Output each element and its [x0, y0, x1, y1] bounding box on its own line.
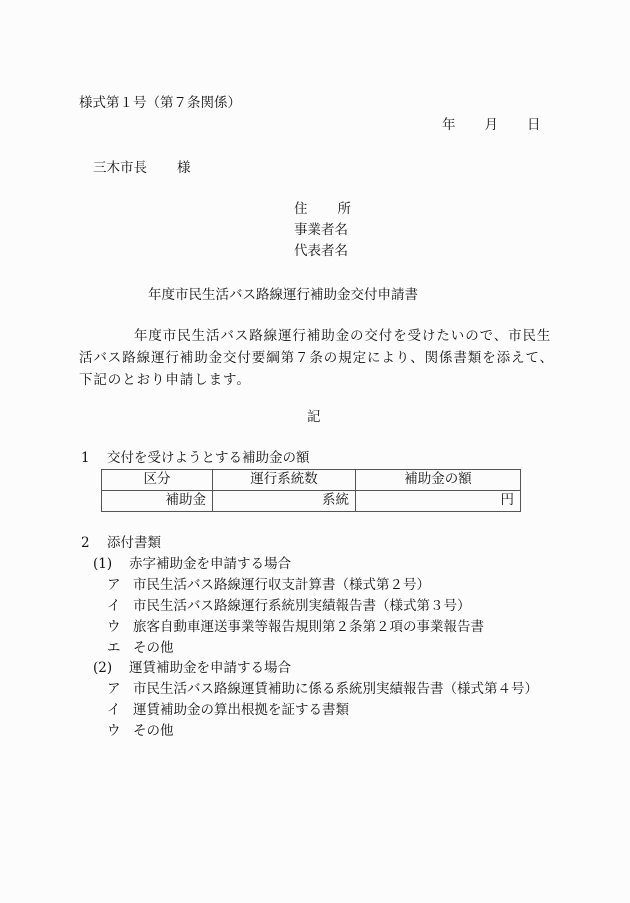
addressee: 三木市長様	[93, 162, 191, 176]
section-1-title: 交付を受けようとする補助金の額	[107, 450, 310, 466]
date-line: 年月日	[442, 119, 541, 133]
date-month: 月	[485, 119, 499, 133]
section-2-title: 添付書類	[107, 535, 161, 551]
applicant-block: 住所 事業者名 代表者名	[294, 203, 351, 266]
table-header-row: 区分 運行系統数 補助金の額	[102, 470, 521, 491]
section-2-heading: 2添付書類	[81, 537, 161, 551]
list-item: ア市民生活バス路線運賃補助に係る系統別実績報告書（様式第４号）	[107, 683, 538, 697]
header-route-count: 運行系統数	[213, 470, 356, 491]
date-year: 年	[442, 119, 456, 133]
list-item: ウ旅客自動車運送事業等報告規則第２条第２項の事業報告書	[107, 621, 484, 635]
date-day: 日	[527, 119, 541, 133]
header-subsidy-amount: 補助金の額	[356, 470, 521, 491]
honorific: 様	[177, 160, 191, 176]
section-2-number: 2	[81, 537, 107, 551]
header-category: 区分	[102, 470, 213, 491]
amount-table: 区分 運行系統数 補助金の額 補助金 系統 円	[101, 469, 521, 512]
cell-route-count: 系統	[213, 491, 356, 512]
list-item: エその他	[107, 642, 174, 656]
subsection-1-heading: (1)赤字補助金を申請する場合	[93, 558, 291, 572]
representative-label: 代表者名	[294, 245, 351, 266]
list-item: イ運賃補助金の算出根拠を証する書類	[107, 704, 349, 718]
list-item: ア市民生活バス路線運行収支計算書（様式第２号）	[107, 579, 430, 593]
document-title: 年度市民生活バス路線運行補助金交付申請書	[148, 289, 418, 303]
ki-heading: 記	[307, 411, 321, 425]
cell-category: 補助金	[102, 491, 213, 512]
section-1-heading: 1交付を受けようとする補助金の額	[81, 452, 310, 466]
business-name-label: 事業者名	[294, 224, 351, 245]
cell-subsidy-amount: 円	[356, 491, 521, 512]
addressee-name: 三木市長	[93, 160, 147, 176]
address-label: 住所	[294, 203, 351, 224]
form-number: 様式第１号（第７条関係）	[79, 97, 241, 111]
list-item: ウその他	[107, 725, 174, 739]
body-paragraph: 年度市民生活バス路線運行補助金の交付を受けたいので、市民生活バス路線運行補助金交…	[79, 325, 559, 391]
list-item: イ市民生活バス路線運行系統別実績報告書（様式第３号）	[107, 600, 471, 614]
subsection-2-heading: (2)運賃補助金を申請する場合	[93, 662, 291, 676]
table-row: 補助金 系統 円	[102, 491, 521, 512]
section-1-number: 1	[81, 452, 107, 466]
